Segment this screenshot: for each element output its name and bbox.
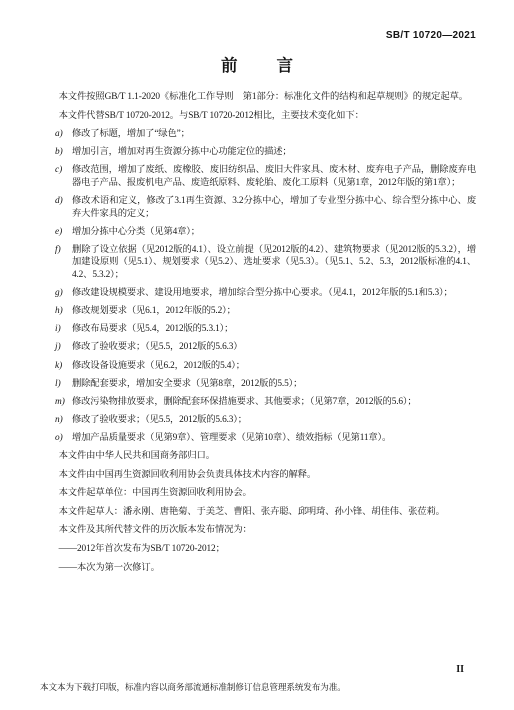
list-item: o) 增加产品质量要求（见第9章）、管理要求（见第10章）、绩效指标（见第11章…	[40, 432, 476, 445]
item-text: 增加产品质量要求（见第9章）、管理要求（见第10章）、绩效指标（见第11章）。	[72, 432, 476, 445]
item-label: d)	[55, 195, 72, 220]
list-item: g) 修改建设规模要求、建设用地要求，增加综合型分拣中心要求。（见4.1，201…	[40, 287, 476, 300]
item-label: n)	[55, 414, 72, 427]
page-title: 前 言	[40, 52, 476, 76]
item-text: 增加引言，增加对再生资源分拣中心功能定位的描述；	[72, 146, 476, 159]
item-label: o)	[55, 432, 72, 445]
list-item: d) 修改术语和定义，修改了3.1再生资源、3.2分拣中心，增加了专业型分拣中心…	[40, 195, 476, 220]
item-label: h)	[55, 305, 72, 318]
item-label: a)	[55, 128, 72, 141]
item-text: 增加分拣中心分类（见第4章）；	[72, 226, 476, 239]
item-label: j)	[55, 341, 72, 354]
item-text: 修改布局要求（见5.4，2012版的5.3.1）；	[72, 323, 476, 336]
item-text: 删除了设立依据（见2012版的4.1）、设立前提（见2012版的4.2）、建筑物…	[72, 244, 476, 282]
item-label: e)	[55, 226, 72, 239]
page-content: SB/T 10720—2021 前 言 本文件按照GB/T 1.1-2020《标…	[40, 0, 476, 580]
item-label: m)	[55, 396, 72, 409]
item-text: 修改污染物排放要求，删除配套环保措施要求、其他要求；（见第7章，2012版的5.…	[72, 396, 476, 409]
item-label: i)	[55, 323, 72, 336]
list-item: f) 删除了设立依据（见2012版的4.1）、设立前提（见2012版的4.2）、…	[40, 244, 476, 282]
list-item: m) 修改污染物排放要求，删除配套环保措施要求、其他要求；（见第7章，2012版…	[40, 396, 476, 409]
closing-paragraph: ——2012年首次发布为SB/T 10720-2012；	[40, 543, 476, 556]
technical-changes-list: a) 修改了标题，增加了“绿色”； b) 增加引言，增加对再生资源分拣中心功能定…	[40, 128, 476, 444]
footer-note: 本文本为下载打印版，标准内容以商务部流通标准制修订信息管理系统发布为准。	[40, 681, 346, 693]
item-text: 删除配套要求，增加安全要求（见第8章，2012版的5.5）；	[72, 378, 476, 391]
list-item: b) 增加引言，增加对再生资源分拣中心功能定位的描述；	[40, 146, 476, 159]
list-item: l) 删除配套要求，增加安全要求（见第8章，2012版的5.5）；	[40, 378, 476, 391]
closing-paragraph: 本文件起草单位：中国再生资源回收利用协会。	[40, 487, 476, 500]
list-item: c) 修改范围，增加了废纸、废橡胶、废旧纺织品、废旧大件家具、废木材、废弃电子产…	[40, 164, 476, 189]
item-label: f)	[55, 244, 72, 282]
list-item: k) 修改设备设施要求（见6.2，2012版的5.4）；	[40, 360, 476, 373]
closing-paragraph: 本文件及其所代替文件的历次版本发布情况为：	[40, 524, 476, 537]
list-item: j) 修改了验收要求；（见5.5，2012版的5.6.3）	[40, 341, 476, 354]
closing-paragraph: 本文件由中国再生资源回收利用协会负责具体技术内容的解释。	[40, 469, 476, 482]
item-text: 修改了标题，增加了“绿色”；	[72, 128, 476, 141]
item-text: 修改术语和定义，修改了3.1再生资源、3.2分拣中心，增加了专业型分拣中心、综合…	[72, 195, 476, 220]
item-label: l)	[55, 378, 72, 391]
closing-paragraph: ——本次为第一次修订。	[40, 562, 476, 575]
list-item: e) 增加分拣中心分类（见第4章）；	[40, 226, 476, 239]
item-label: c)	[55, 164, 72, 189]
item-label: k)	[55, 360, 72, 373]
item-text: 修改了验收要求；（见5.5，2012版的5.6.3）	[72, 341, 476, 354]
item-text: 修改建设规模要求、建设用地要求，增加综合型分拣中心要求。（见4.1，2012年版…	[72, 287, 476, 300]
list-item: h) 修改规划要求（见6.1，2012年版的5.2）；	[40, 305, 476, 318]
list-item: n) 修改了验收要求；（见5.5，2012版的5.6.3）；	[40, 414, 476, 427]
closing-paragraph: 本文件起草人：潘永刚、唐艳菊、于美芝、曹阳、张卉聪、邱明琦、孙小锋、胡佳伟、张莅…	[40, 506, 476, 519]
list-item: i) 修改布局要求（见5.4，2012版的5.3.1）；	[40, 323, 476, 336]
standard-number: SB/T 10720—2021	[40, 30, 476, 41]
intro-paragraph: 本文件代替SB/T 10720-2012。与SB/T 10720-2012相比，…	[40, 110, 476, 123]
closing-paragraph: 本文件由中华人民共和国商务部归口。	[40, 450, 476, 463]
item-text: 修改了验收要求；（见5.5，2012版的5.6.3）；	[72, 414, 476, 427]
item-label: g)	[55, 287, 72, 300]
item-text: 修改规划要求（见6.1，2012年版的5.2）；	[72, 305, 476, 318]
item-text: 修改设备设施要求（见6.2，2012版的5.4）；	[72, 360, 476, 373]
page-number: II	[456, 664, 464, 675]
item-text: 修改范围，增加了废纸、废橡胶、废旧纺织品、废旧大件家具、废木材、废弃电子产品，删…	[72, 164, 476, 189]
list-item: a) 修改了标题，增加了“绿色”；	[40, 128, 476, 141]
document-page: SB/T 10720—2021 前 言 本文件按照GB/T 1.1-2020《标…	[0, 0, 514, 710]
item-label: b)	[55, 146, 72, 159]
intro-paragraph: 本文件按照GB/T 1.1-2020《标准化工作导则 第1部分：标准化文件的结构…	[40, 91, 476, 104]
